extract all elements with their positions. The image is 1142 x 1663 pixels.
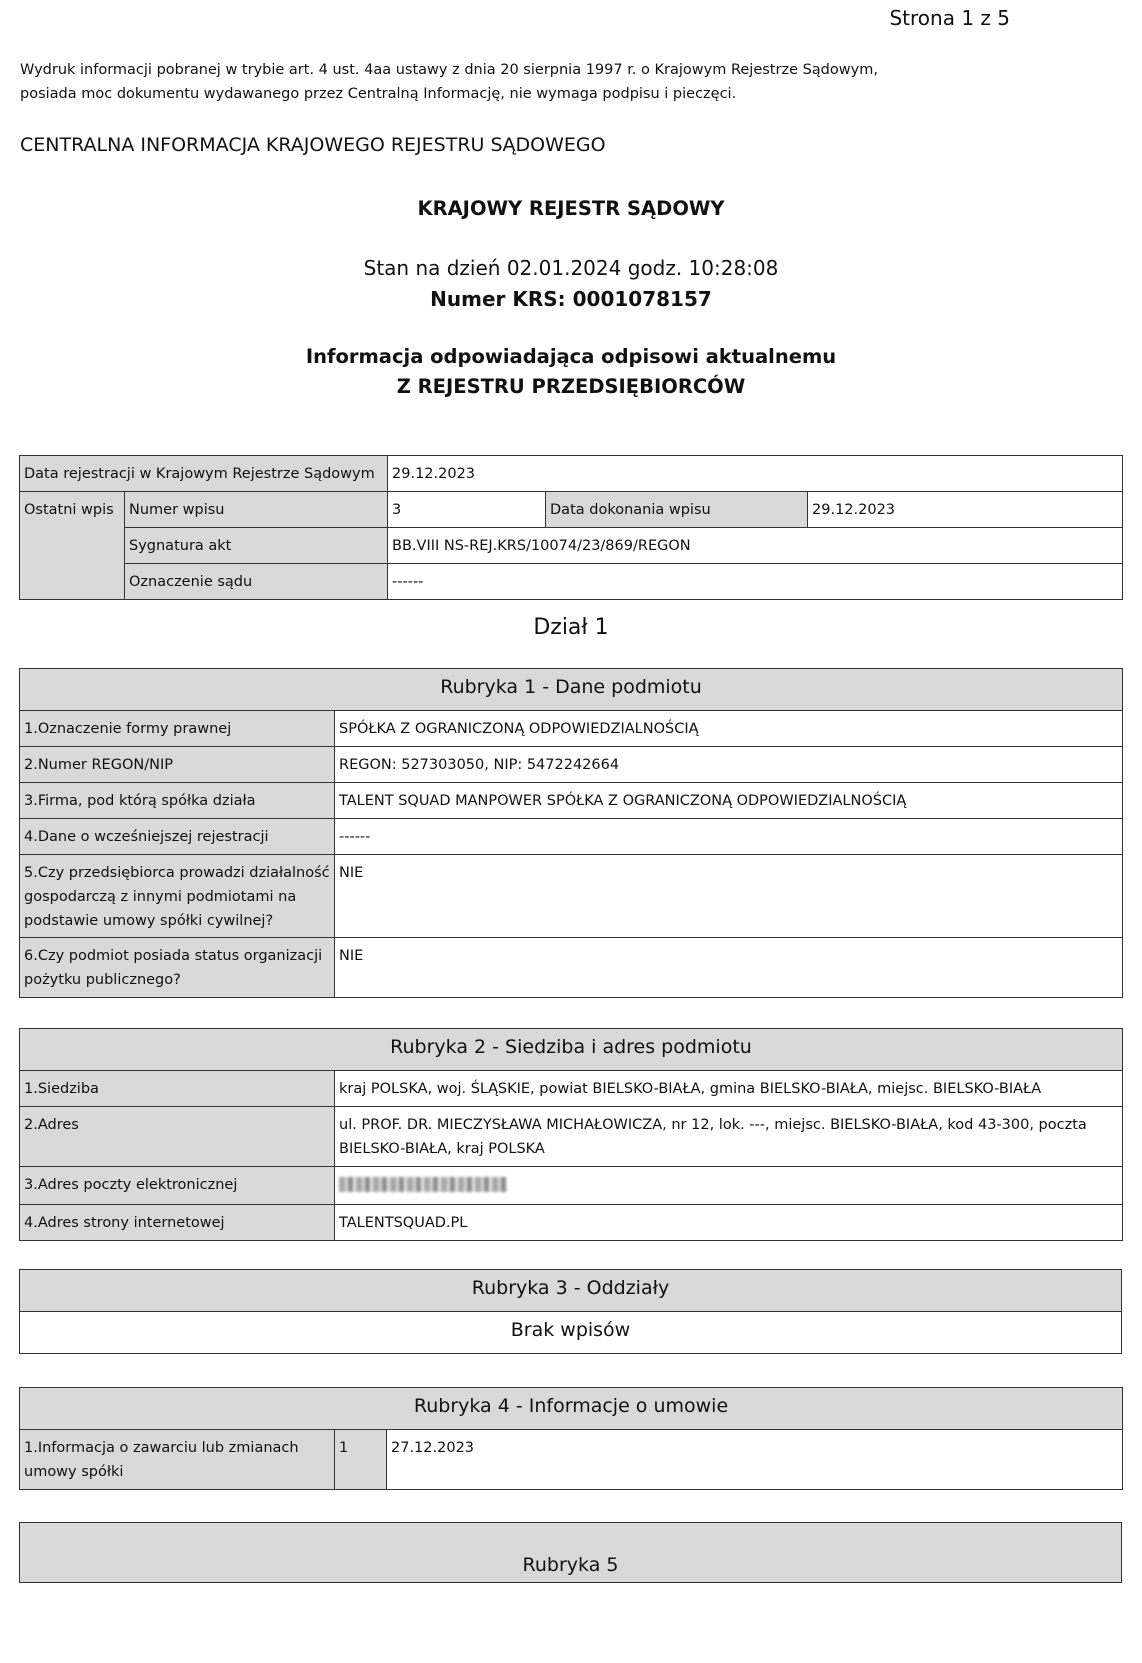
status-timestamp: Stan na dzień 02.01.2024 godz. 10:28:08: [0, 256, 1142, 280]
redacted-email: [339, 1177, 507, 1192]
rubryka-5-table: Rubryka 5: [19, 1522, 1122, 1583]
table-row: 1.Oznaczenie formy prawnej SPÓŁKA Z OGRA…: [20, 711, 1123, 747]
row-value: TALENTSQUAD.PL: [335, 1205, 1123, 1241]
row-label: 4.Dane o wcześniejszej rejestracji: [20, 819, 335, 855]
registration-table: Data rejestracji w Krajowym Rejestrze Są…: [19, 455, 1123, 600]
entry-date-label: Data dokonania wpisu: [546, 492, 808, 528]
row-label: 2.Adres: [20, 1107, 335, 1167]
row-label: 1.Siedziba: [20, 1071, 335, 1107]
table-row: 1.Siedziba kraj POLSKA, woj. ŚLĄSKIE, po…: [20, 1071, 1123, 1107]
document-title-line-2: Z REJESTRU PRZEDSIĘBIORCÓW: [0, 375, 1142, 398]
entry-date-value: 29.12.2023: [808, 492, 1123, 528]
rubryka-5-title: Rubryka 5: [20, 1523, 1122, 1583]
rubryka-3-table: Rubryka 3 - Oddziały Brak wpisów: [19, 1269, 1122, 1354]
row-label: 1.Informacja o zawarciu lub zmianach umo…: [20, 1430, 335, 1490]
row-number: 1: [335, 1430, 387, 1490]
rubryka-3-title: Rubryka 3 - Oddziały: [20, 1270, 1122, 1312]
row-value: REGON: 527303050, NIP: 5472242664: [335, 747, 1123, 783]
row-value: NIE: [335, 938, 1123, 998]
no-entries-text: Brak wpisów: [20, 1312, 1122, 1354]
row-label: 2.Numer REGON/NIP: [20, 747, 335, 783]
court-label: Oznaczenie sądu: [125, 564, 388, 600]
row-value: TALENT SQUAD MANPOWER SPÓŁKA Z OGRANICZO…: [335, 783, 1123, 819]
table-row: Sygnatura akt BB.VIII NS-REJ.KRS/10074/2…: [20, 528, 1123, 564]
entry-number-label: Numer wpisu: [125, 492, 388, 528]
entry-number-value: 3: [388, 492, 546, 528]
rubryka-1-title: Rubryka 1 - Dane podmiotu: [20, 669, 1123, 711]
central-information-heading: CENTRALNA INFORMACJA KRAJOWEGO REJESTRU …: [20, 134, 606, 156]
table-row: 3.Adres poczty elektronicznej: [20, 1167, 1123, 1205]
table-row: 6.Czy podmiot posiada status organizacji…: [20, 938, 1123, 998]
section-title: Dział 1: [0, 615, 1142, 640]
row-label: 6.Czy podmiot posiada status organizacji…: [20, 938, 335, 998]
rubryka-2-title: Rubryka 2 - Siedziba i adres podmiotu: [20, 1029, 1123, 1071]
last-entry-label: Ostatni wpis: [20, 492, 125, 600]
table-row: Data rejestracji w Krajowym Rejestrze Są…: [20, 456, 1123, 492]
table-row: 2.Adres ul. PROF. DR. MIECZYSŁAWA MICHAŁ…: [20, 1107, 1123, 1167]
document-title-line-1: Informacja odpowiadająca odpisowi aktual…: [0, 345, 1142, 368]
table-row: 1.Informacja o zawarciu lub zmianach umo…: [20, 1430, 1123, 1490]
registry-title: KRAJOWY REJESTR SĄDOWY: [0, 197, 1142, 220]
legal-notice-line-1: Wydruk informacji pobranej w trybie art.…: [20, 58, 878, 82]
table-row: 3.Firma, pod którą spółka działa TALENT …: [20, 783, 1123, 819]
case-ref-value: BB.VIII NS-REJ.KRS/10074/23/869/REGON: [388, 528, 1123, 564]
table-row: Ostatni wpis Numer wpisu 3 Data dokonani…: [20, 492, 1123, 528]
krs-number: Numer KRS: 0001078157: [0, 287, 1142, 311]
row-label: 3.Adres poczty elektronicznej: [20, 1167, 335, 1205]
row-label: 5.Czy przedsiębiorca prowadzi działalnoś…: [20, 855, 335, 938]
reg-date-value: 29.12.2023: [388, 456, 1123, 492]
legal-notice-line-2: posiada moc dokumentu wydawanego przez C…: [20, 82, 878, 106]
row-value: [335, 1167, 1123, 1205]
row-value: ul. PROF. DR. MIECZYSŁAWA MICHAŁOWICZA, …: [335, 1107, 1123, 1167]
row-label: 1.Oznaczenie formy prawnej: [20, 711, 335, 747]
row-label: 4.Adres strony internetowej: [20, 1205, 335, 1241]
table-row: Oznaczenie sądu ------: [20, 564, 1123, 600]
row-value: ------: [335, 819, 1123, 855]
row-value: kraj POLSKA, woj. ŚLĄSKIE, powiat BIELSK…: [335, 1071, 1123, 1107]
legal-notice: Wydruk informacji pobranej w trybie art.…: [20, 58, 878, 106]
table-row: 4.Dane o wcześniejszej rejestracji -----…: [20, 819, 1123, 855]
row-label: 3.Firma, pod którą spółka działa: [20, 783, 335, 819]
case-ref-label: Sygnatura akt: [125, 528, 388, 564]
rubryka-1-table: Rubryka 1 - Dane podmiotu 1.Oznaczenie f…: [19, 668, 1123, 998]
reg-date-label: Data rejestracji w Krajowym Rejestrze Są…: [20, 456, 388, 492]
row-value: NIE: [335, 855, 1123, 938]
table-row: 4.Adres strony internetowej TALENTSQUAD.…: [20, 1205, 1123, 1241]
court-value: ------: [388, 564, 1123, 600]
row-value: 27.12.2023: [387, 1430, 1123, 1490]
row-value: SPÓŁKA Z OGRANICZONĄ ODPOWIEDZIALNOŚCIĄ: [335, 711, 1123, 747]
table-row: 2.Numer REGON/NIP REGON: 527303050, NIP:…: [20, 747, 1123, 783]
rubryka-4-table: Rubryka 4 - Informacje o umowie 1.Inform…: [19, 1387, 1123, 1490]
rubryka-4-title: Rubryka 4 - Informacje o umowie: [20, 1388, 1123, 1430]
rubryka-2-table: Rubryka 2 - Siedziba i adres podmiotu 1.…: [19, 1028, 1123, 1241]
table-row: 5.Czy przedsiębiorca prowadzi działalnoś…: [20, 855, 1123, 938]
page-indicator: Strona 1 z 5: [889, 6, 1010, 30]
